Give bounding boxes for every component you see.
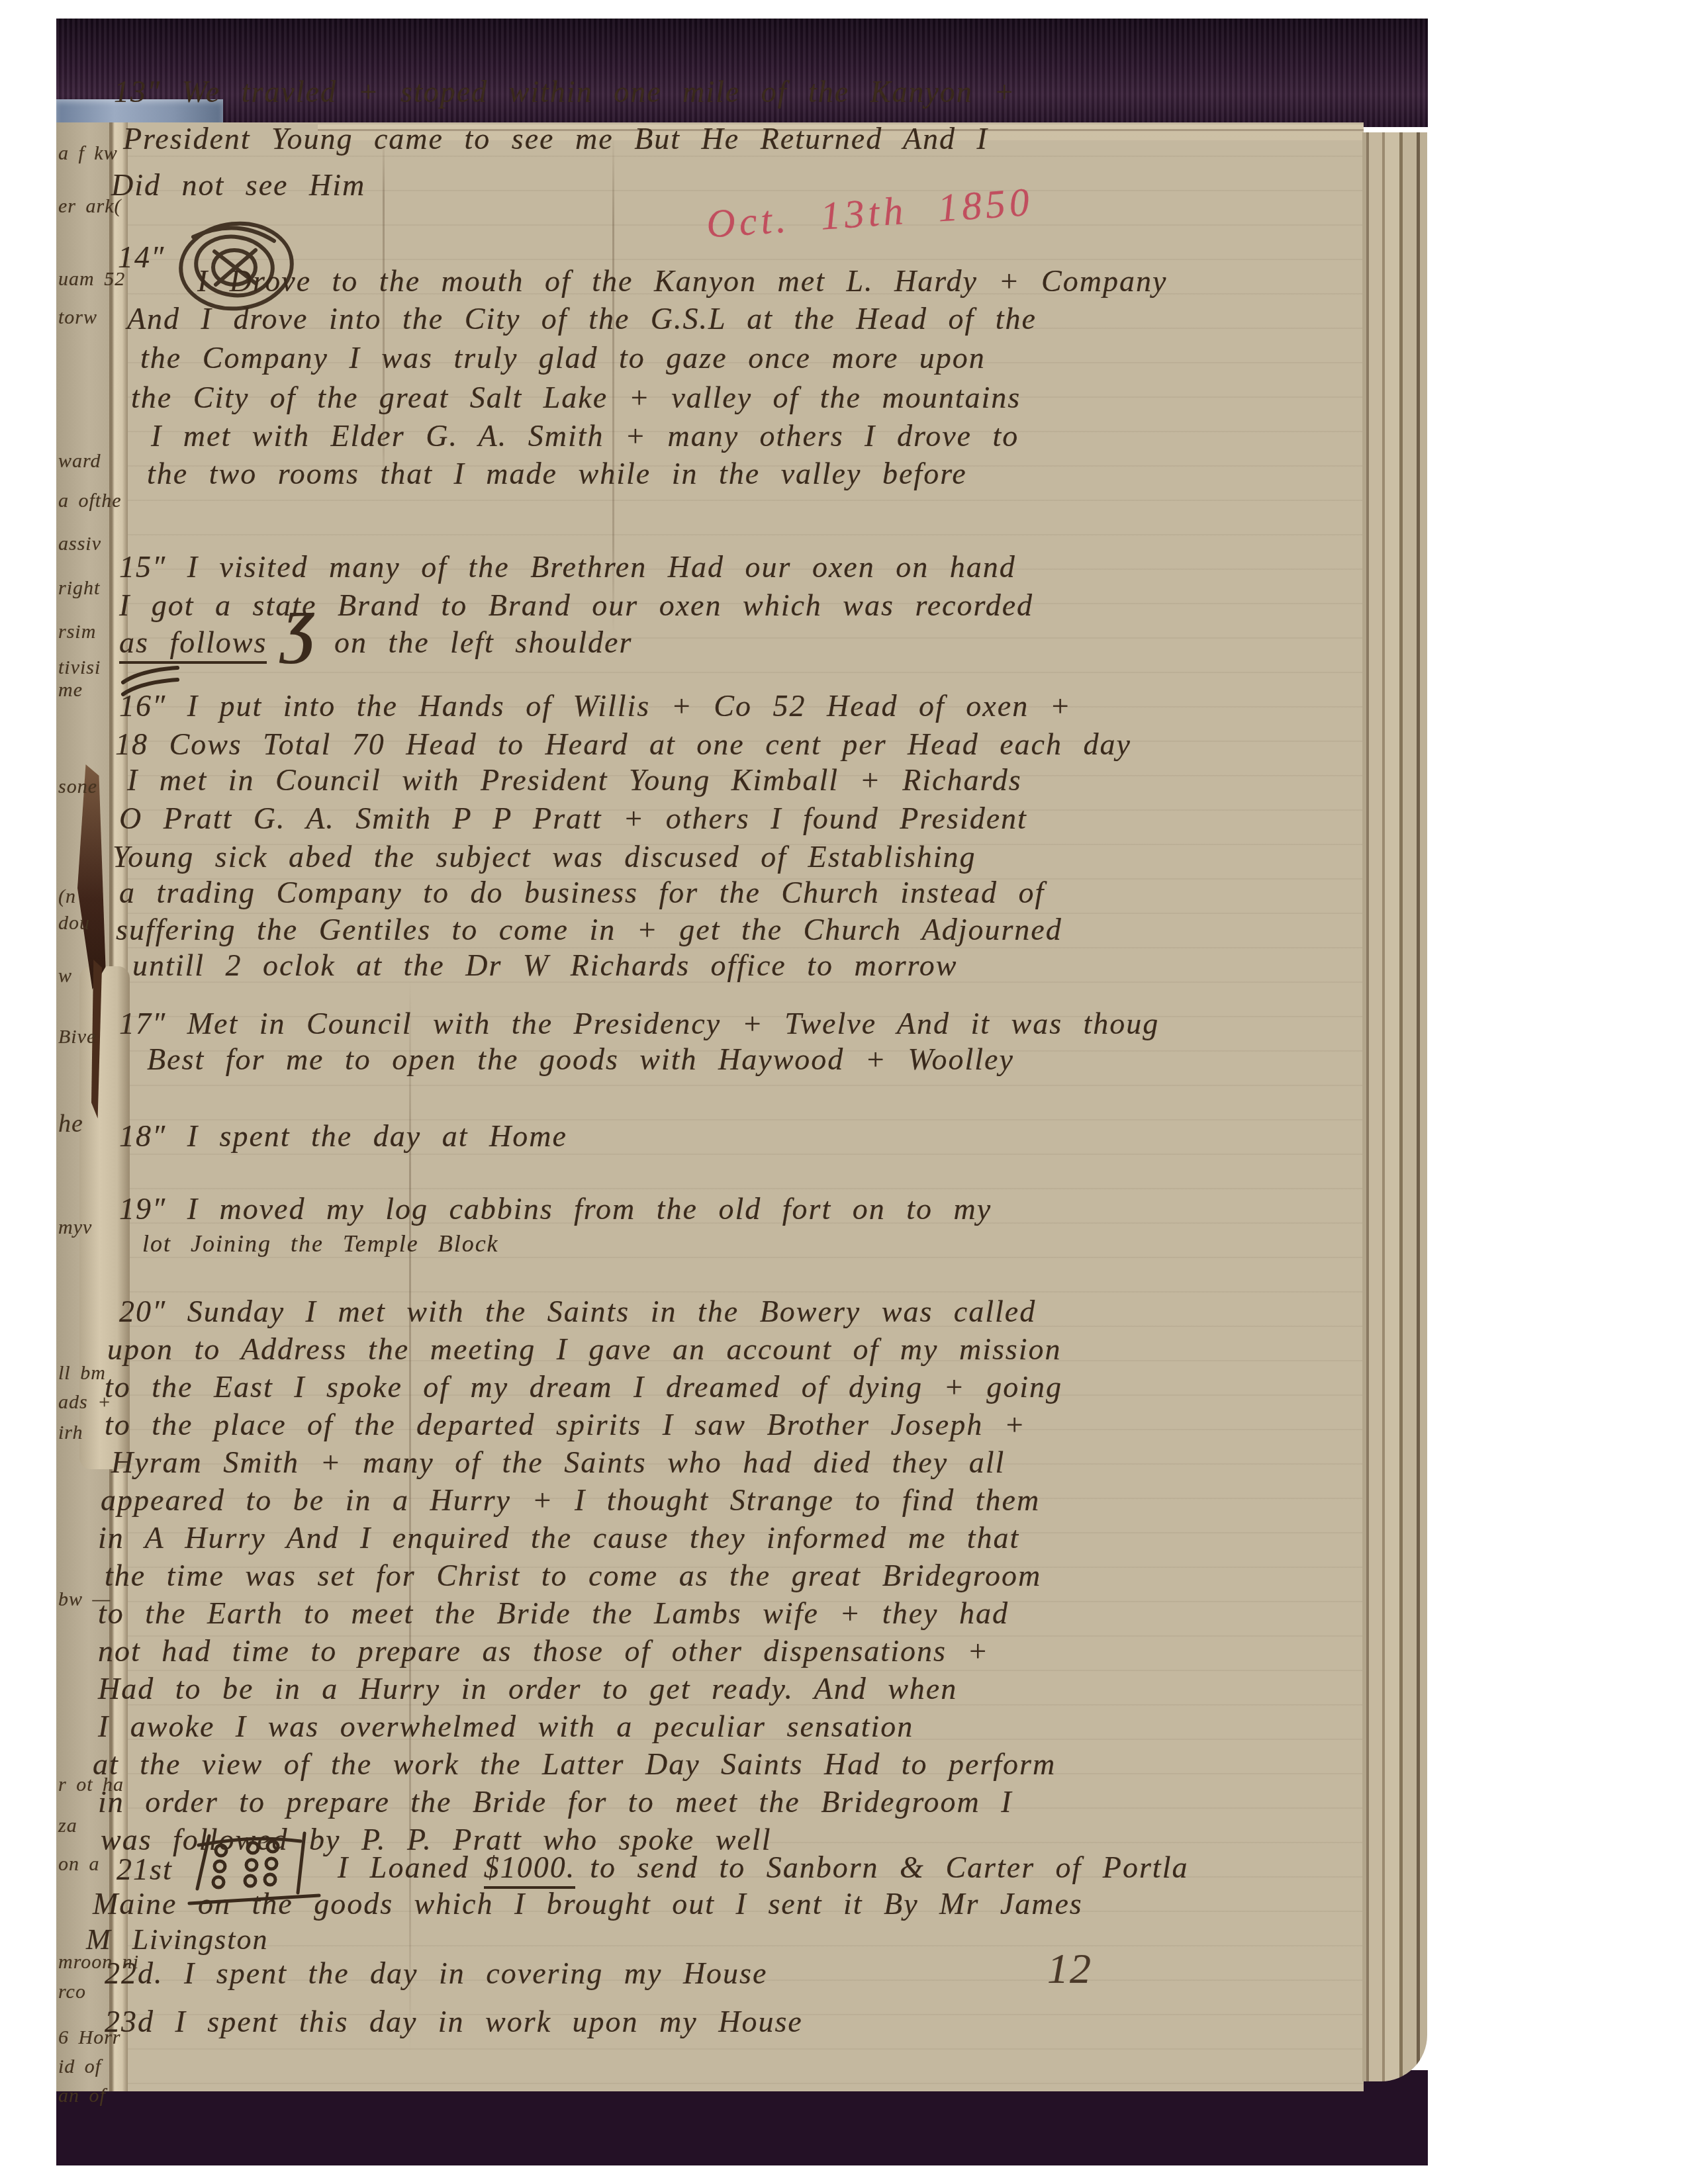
journal-line: 22d. I spent the day in covering my Hous…: [105, 1956, 767, 1991]
margin-fragment: on a: [58, 1853, 100, 1876]
margin-fragment: Bive: [58, 1026, 96, 1048]
journal-line: Hyram Smith + many of the Saints who had…: [111, 1445, 1005, 1480]
journal-line: I met in Council with President Young Ki…: [127, 762, 1022, 797]
journal-line: 20″ Sunday I met with the Saints in the …: [119, 1294, 1036, 1329]
journal-line: Best for me to open the goods with Haywo…: [147, 1042, 1014, 1077]
margin-fragment: tivisi: [58, 657, 101, 679]
journal-line: I got a state Brand to Brand our oxen wh…: [119, 588, 1033, 623]
day-label: 21st: [117, 1852, 173, 1887]
journal-line: appeared to be in a Hurry + I thought St…: [101, 1482, 1040, 1518]
margin-fragment: uam 52: [58, 268, 125, 291]
margin-fragment: ads +: [58, 1391, 111, 1414]
journal-line: upon to Address the meeting I gave an ac…: [107, 1332, 1062, 1367]
journal-line: in A Hurry And I enquired the cause they…: [98, 1520, 1019, 1555]
margin-fragment: right: [58, 577, 100, 600]
binding-weave-texture: [56, 19, 1428, 127]
margin-fragment: rco: [58, 1981, 86, 2003]
page-edge-stack: [1362, 132, 1427, 2081]
journal-line: 17″ Met in Council with the Presidency +…: [119, 1006, 1159, 1041]
journal-line: a trading Company to do business for the…: [119, 875, 1045, 910]
journal-line: in order to prepare the Bride for to mee…: [98, 1784, 1013, 1819]
journal-line: to the East I spoke of my dream I dreame…: [105, 1369, 1062, 1404]
margin-fragment: sone: [58, 776, 97, 798]
journal-line: 18″ I spent the day at Home: [119, 1118, 567, 1154]
journal-line: the City of the great Salt Lake + valley…: [131, 380, 1021, 415]
margin-fragment: rsim: [58, 621, 96, 643]
margin-fragment: id of: [58, 2056, 101, 2078]
journal-line: the time was set for Christ to come as t…: [105, 1558, 1041, 1593]
journal-line: I awoke I was overwhelmed with a peculia…: [98, 1709, 914, 1744]
journal-line: I Drove to the mouth of the Kanyon met L…: [197, 263, 1167, 298]
margin-fragment: w: [58, 965, 72, 987]
margin-fragment: irh: [58, 1422, 83, 1444]
margin-fragment: za: [58, 1815, 77, 1837]
margin-fragment: a f kw: [58, 142, 118, 165]
journal-line: the Company I was truly glad to gaze onc…: [140, 340, 986, 375]
margin-fragment: dou: [58, 912, 90, 934]
margin-fragment: (n: [58, 886, 76, 908]
journal-line: 16″ I put into the Hands of Willis + Co …: [119, 688, 1072, 723]
margin-fragment: he: [58, 1109, 83, 1138]
journal-line: 19″ I moved my log cabbins from the old …: [119, 1191, 992, 1226]
journal-line-with-brand: as follows Ʒ on the left shoulder: [119, 625, 632, 664]
journal-line: 18 Cows Total 70 Head to Heard at one ce…: [115, 727, 1131, 762]
journal-line: I met with Elder G. A. Smith + many othe…: [151, 418, 1019, 453]
book-binding-top: [56, 19, 1428, 127]
brand-line-pre: as follows: [119, 625, 267, 664]
journal-line: 23d I spent this day in work upon my Hou…: [105, 2004, 803, 2039]
margin-fragment: assiv: [58, 533, 101, 555]
journal-line: untill 2 oclok at the Dr W Richards offi…: [132, 948, 958, 983]
journal-line: the two rooms that I made while in the v…: [147, 456, 967, 491]
cattle-brand-mark: Ʒ: [284, 615, 317, 651]
journal-line: not had time to prepare as those of othe…: [98, 1633, 989, 1668]
margin-fragment: torw: [58, 306, 97, 329]
margin-fragment: an of: [58, 2085, 106, 2107]
margin-fragment: ward: [58, 450, 101, 473]
journal-line: O Pratt G. A. Smith P P Pratt + others I…: [119, 801, 1027, 836]
loan-amount: $1000.: [484, 1850, 576, 1889]
margin-fragment: 6 Horr: [58, 2026, 121, 2049]
journal-line-loan: I Loaned $1000. to send to Sanborn & Car…: [338, 1850, 1188, 1889]
margin-fragment: myv: [58, 1216, 92, 1239]
journal-line: to the Earth to meet the Bride the Lambs…: [98, 1596, 1009, 1631]
journal-line: 13″ We travled + stoped within one mile …: [114, 74, 1015, 109]
page-number: 12: [1047, 1944, 1092, 1993]
margin-fragment: bw —: [58, 1588, 111, 1611]
loan-pre: I Loaned: [338, 1850, 469, 1885]
margin-fragment: mroon ni: [58, 1951, 139, 1974]
margin-fragment: er ark(: [58, 195, 121, 218]
journal-line: Did not see Him: [111, 167, 365, 203]
margin-fragment: r ot ha: [58, 1774, 124, 1796]
journal-line: 15″ I visited many of the Brethren Had o…: [119, 549, 1016, 584]
margin-fragment: ll bm: [58, 1362, 106, 1385]
brand-line-post: on the left shoulder: [334, 625, 632, 660]
journal-line: President Young came to see me But He Re…: [123, 121, 988, 156]
journal-line: lot Joining the Temple Block: [142, 1230, 499, 1257]
loan-post: to send to Sanborn & Carter of Portla: [590, 1850, 1188, 1885]
journal-line: And I drove into the City of the G.S.L a…: [127, 301, 1037, 336]
journal-scan: Oct. 13th 1850 13″ We travled + stoped w…: [0, 0, 1688, 2184]
journal-line: Had to be in a Hurry in order to get rea…: [98, 1671, 957, 1706]
journal-line: Maine on the goods which I brought out I…: [93, 1886, 1083, 1921]
journal-line: to the place of the departed spirits I s…: [105, 1407, 1026, 1442]
journal-line: Young sick abed the subject was discused…: [113, 839, 976, 874]
journal-line: suffering the Gentiles to come in + get …: [116, 912, 1062, 947]
journal-line: at the view of the work the Latter Day S…: [93, 1747, 1056, 1782]
margin-fragment: me: [58, 679, 83, 702]
margin-fragment: a ofthe: [58, 490, 122, 512]
